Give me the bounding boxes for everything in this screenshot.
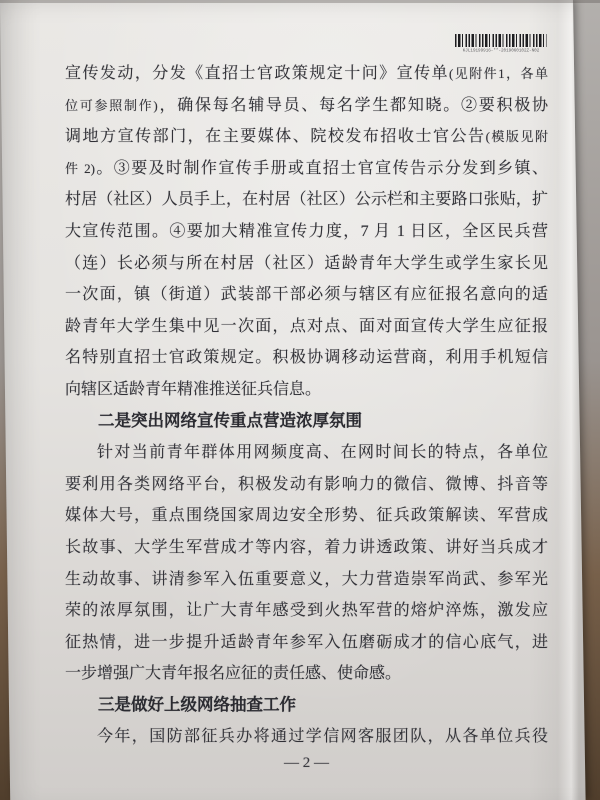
text-segment: 媒体大号，重点围绕国家周边安全形势、征兵政策解读、军营成 — [65, 507, 548, 524]
page-number: — 2 — — [65, 752, 548, 774]
text-line: （连）长必须与所在村居（社区）适龄青年大学生或学生家长见 — [65, 248, 548, 280]
text-segment: 龄青年大学生集中见一次面，点对点、面对面宣传大学生应征报 — [65, 318, 548, 335]
text-line: 向辖区适龄青年精准推送征兵信息。 — [65, 374, 548, 406]
text-line: 一次面，镇（街道）武装部干部必须与辖区有应征报名意向的适 — [65, 279, 548, 311]
barcode-caption: KJL19199916-**-2019060102Z-N02 — [462, 48, 540, 53]
text-line: 村居（社区）人员手上，在村居（社区）公示栏和主要路口张贴，扩 — [65, 184, 548, 216]
text-segment: 生动故事、讲清参军入伍重要意义，大力营造崇军尚武、参军光 — [65, 571, 548, 588]
text-segment: 宣传发动，分发《直招士官政策规定十问》宣传单 — [65, 65, 449, 82]
text-segment: 一次面，镇（街道）武装部干部必须与辖区有应征报名意向的适 — [65, 286, 548, 303]
text-segment: 名特别直招士官政策规定。积极协调移动运营商，利用手机短信 — [65, 349, 548, 366]
barcode: KJL19199916-**-2019060102Z-N02 — [455, 34, 547, 54]
text-segment: 调地方宣传部门，在主要媒体、院校发布招收士官公告 — [65, 128, 486, 145]
text-line: 位可参照制作)，确保每名辅导员、每名学生都知晓。②要积极协 — [65, 90, 548, 122]
text-line: 调地方宣传部门，在主要媒体、院校发布招收士官公告(模版见附 — [65, 121, 548, 153]
text-segment: 一步增强广大青年报名应征的责任感、使命感。 — [65, 665, 401, 682]
section-heading: 三是做好上级网络抽查工作 — [98, 690, 548, 722]
text-segment: 二是突出网络宣传重点营造浓厚氛围 — [98, 412, 362, 430]
text-segment: 件 2) — [65, 161, 95, 176]
photo-top-edge-shadow — [0, 0, 600, 3]
text-line: 宣传发动，分发《直招士官政策规定十问》宣传单(见附件1，各单 — [65, 58, 548, 90]
text-line: 大宣传范围。④要加大精准宣传力度，7 月 1 日区，全区民兵营 — [65, 216, 548, 248]
text-line: 要利用各类网络平台，积极发动有影响力的微信、微博、抖音等 — [65, 469, 548, 501]
text-line: 荣的浓厚氛围，让广大青年感受到火热军营的熔炉淬炼，激发应 — [65, 595, 548, 627]
text-segment: 村居（社区）人员手上，在村居（社区）公示栏和主要路口张贴，扩 — [65, 191, 548, 208]
text-segment: 征热情，进一步提升适龄青年参军入伍磨砺成才的信心底气，进 — [65, 634, 548, 651]
text-segment: 。③要及时制作宣传手册或直招士官宣传告示分发到乡镇、 — [95, 160, 548, 177]
text-segment: 针对当前青年群体用网频度高、在网时间长的特点，各单位 — [97, 444, 548, 461]
text-line: 征热情，进一步提升适龄青年参军入伍磨砺成才的信心底气，进 — [65, 627, 548, 659]
text-segment: （连）长必须与所在村居（社区）适龄青年大学生或学生家长见 — [65, 255, 548, 272]
photo-background: KJL19199916-**-2019060102Z-N02 宣传发动，分发《直… — [0, 0, 600, 800]
text-segment: 位可参照制作) — [65, 98, 158, 113]
text-segment: 要利用各类网络平台，积极发动有影响力的微信、微博、抖音等 — [65, 476, 548, 493]
text-segment: 向辖区适龄青年精准推送征兵信息。 — [65, 381, 321, 398]
text-line: 名特别直招士官政策规定。积极协调移动运营商，利用手机短信 — [65, 342, 548, 374]
section-heading: 二是突出网络宣传重点营造浓厚氛围 — [98, 406, 548, 438]
text-segment: 长故事、大学生军营成才等内容，着力讲透政策、讲好当兵成才 — [65, 539, 548, 556]
text-segment: 大宣传范围。④要加大精准宣传力度，7 月 1 日区，全区民兵营 — [65, 223, 548, 240]
text-segment: 荣的浓厚氛围，让广大青年感受到火热军营的熔炉淬炼，激发应 — [65, 602, 548, 619]
text-line: 今年，国防部征兵办将通过学信网客服团队，从各单位兵役 — [65, 721, 548, 753]
paper-shadow: KJL19199916-**-2019060102Z-N02 宣传发动，分发《直… — [0, 0, 600, 800]
document-page: KJL19199916-**-2019060102Z-N02 宣传发动，分发《直… — [0, 0, 600, 800]
text-line: 针对当前青年群体用网频度高、在网时间长的特点，各单位 — [65, 437, 548, 469]
text-line: 长故事、大学生军营成才等内容，着力讲透政策、讲好当兵成才 — [65, 532, 548, 564]
text-segment: (模版见附 — [486, 129, 548, 144]
text-segment: 今年，国防部征兵办将通过学信网客服团队，从各单位兵役 — [97, 728, 548, 745]
text-segment: 三是做好上级网络抽查工作 — [98, 696, 296, 714]
text-segment: ，确保每名辅导员、每名学生都知晓。②要积极协 — [158, 97, 548, 114]
document-body: 宣传发动，分发《直招士官政策规定十问》宣传单(见附件1，各单位可参照制作)，确保… — [65, 58, 548, 753]
text-line: 件 2)。③要及时制作宣传手册或直招士官宣传告示分发到乡镇、 — [65, 153, 548, 185]
text-line: 龄青年大学生集中见一次面，点对点、面对面宣传大学生应征报 — [65, 311, 548, 343]
text-line: 生动故事、讲清参军入伍重要意义，大力营造崇军尚武、参军光 — [65, 564, 548, 596]
text-line: 媒体大号，重点围绕国家周边安全形势、征兵政策解读、军营成 — [65, 500, 548, 532]
text-segment: (见附件1，各单 — [449, 66, 548, 81]
barcode-bars-icon — [455, 34, 547, 47]
text-line: 一步增强广大青年报名应征的责任感、使命感。 — [65, 658, 548, 690]
